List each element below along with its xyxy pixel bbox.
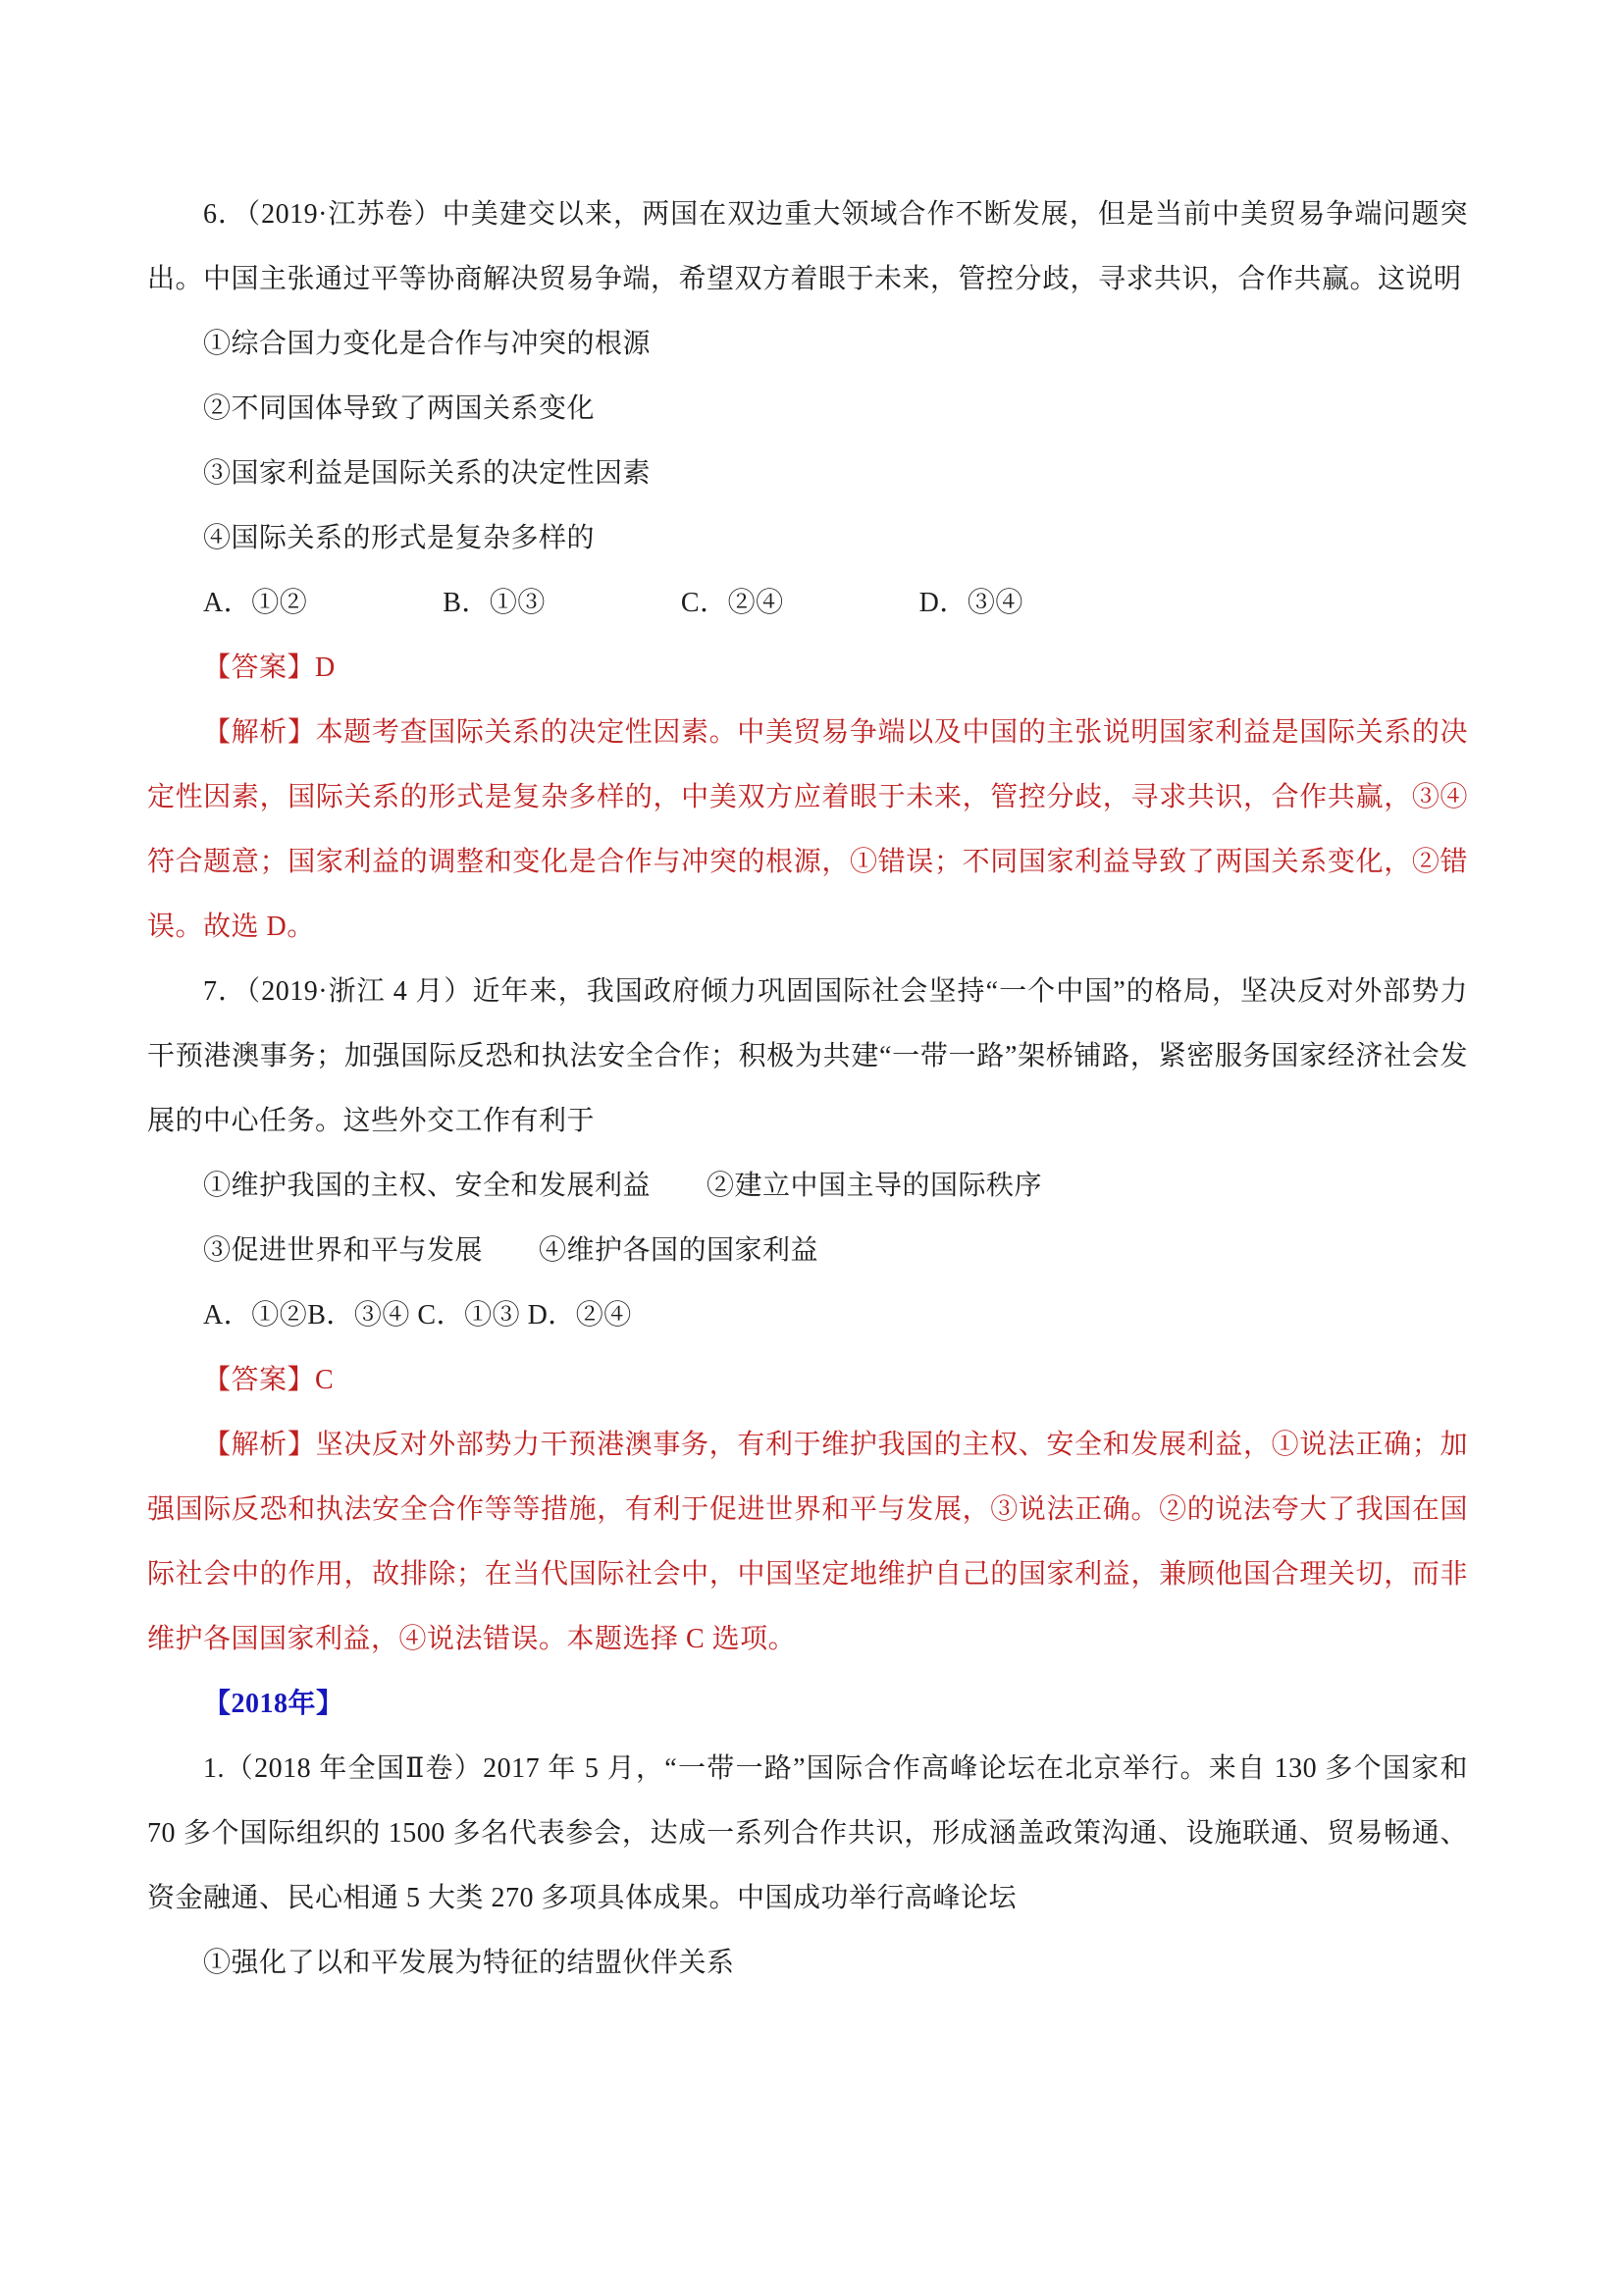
question-7-choices: A．①②B．③④ C．①③ D．②④: [147, 1283, 1468, 1348]
question-6-option-2: ②不同国体导致了两国关系变化: [147, 377, 1468, 442]
question-6-choice-c: C．②④: [681, 571, 784, 636]
question-2018-1-stem: 1.（2018 年全国Ⅱ卷）2017 年 5 月，“一带一路”国际合作高峰论坛在…: [147, 1737, 1468, 1931]
question-6-option-1: ①综合国力变化是合作与冲突的根源: [147, 312, 1468, 377]
question-6-choices: A．①② B．①③ C．②④ D．③④: [147, 571, 1468, 636]
question-7-stem: 7．（2019·浙江 4 月）近年来，我国政府倾力巩固国际社会坚持“一个中国”的…: [147, 960, 1468, 1154]
question-6-analysis: 【解析】本题考查国际关系的决定性因素。中美贸易争端以及中国的主张说明国家利益是国…: [147, 701, 1468, 960]
question-6-stem: 6．（2019·江苏卷）中美建交以来，两国在双边重大领域合作不断发展，但是当前中…: [147, 183, 1468, 312]
question-6-choice-d: D．③④: [919, 571, 1023, 636]
question-6-option-3: ③国家利益是国际关系的决定性因素: [147, 442, 1468, 506]
document-page: 6．（2019·江苏卷）中美建交以来，两国在双边重大领域合作不断发展，但是当前中…: [0, 0, 1623, 2296]
year-2018-header: 【2018年】: [147, 1672, 1468, 1737]
question-7-analysis: 【解析】坚决反对外部势力干预港澳事务，有利于维护我国的主权、安全和发展利益，①说…: [147, 1413, 1468, 1672]
question-7-options-row-1: ①维护我国的主权、安全和发展利益 ②建立中国主导的国际秩序: [147, 1154, 1468, 1219]
question-2018-1-option-1: ①强化了以和平发展为特征的结盟伙伴关系: [147, 1931, 1468, 1996]
question-6-choice-b: B．①③: [443, 571, 546, 636]
question-6-option-4: ④国际关系的形式是复杂多样的: [147, 506, 1468, 571]
question-7-answer: 【答案】C: [147, 1348, 1468, 1413]
question-6-answer: 【答案】D: [147, 636, 1468, 701]
question-6-choice-a: A．①②: [203, 571, 307, 636]
question-7-options-row-2: ③促进世界和平与发展 ④维护各国的国家利益: [147, 1219, 1468, 1283]
